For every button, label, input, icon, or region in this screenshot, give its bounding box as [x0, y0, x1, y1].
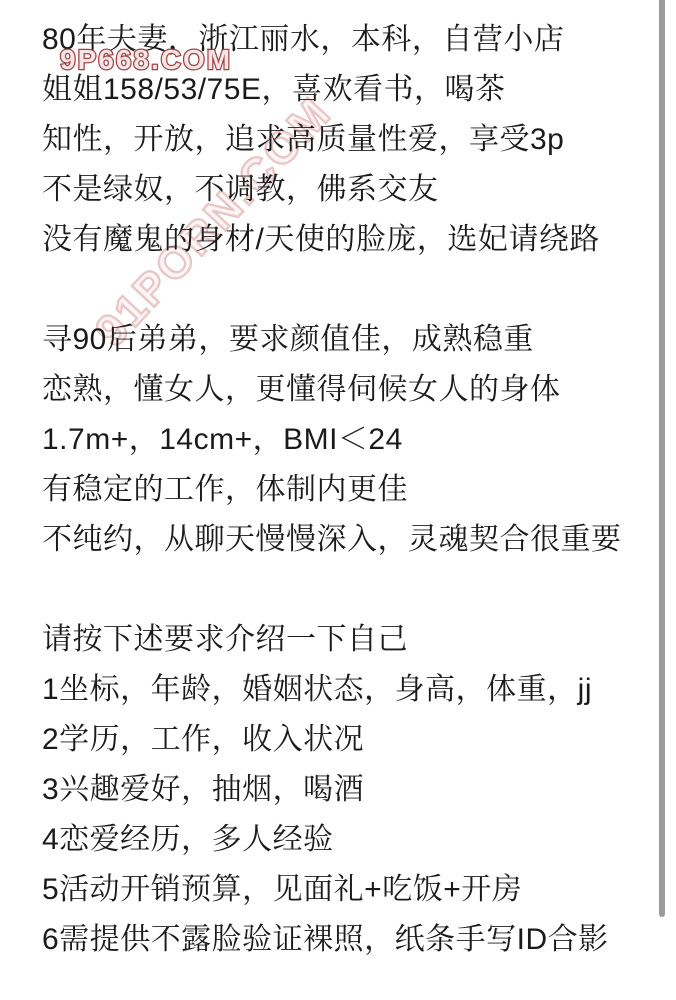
text-line: 1.7m+，14cm+，BMI＜24 — [42, 415, 656, 465]
text-line: 2学历，工作，收入状况 — [42, 715, 656, 765]
text-line: 5活动开销预算，见面礼+吃饭+开房 — [42, 865, 656, 915]
text-line: 6需提供不露脸验证裸照，纸条手写ID合影 — [42, 915, 656, 965]
blank-line — [42, 265, 656, 315]
text-line: 知性，开放，追求高质量性爱，享受3p — [42, 115, 656, 165]
text-line: 寻90后弟弟，要求颜值佳，成熟稳重 — [42, 315, 656, 365]
text-line: 有稳定的工作，体制内更佳 — [42, 465, 656, 515]
text-line: 没有魔鬼的身材/天使的脸庞，选妃请绕路 — [42, 215, 656, 265]
blank-line — [42, 565, 656, 615]
text-line: 1坐标，年龄，婚姻状态，身高，体重，jj — [42, 665, 656, 715]
text-line: 姐姐158/53/75E，喜欢看书，喝茶 — [42, 65, 656, 115]
text-line: 4恋爱经历，多人经验 — [42, 815, 656, 865]
scrollbar-thumb[interactable] — [659, 0, 665, 917]
text-body: 80年夫妻，浙江丽水，本科，自营小店姐姐158/53/75E，喜欢看书，喝茶知性… — [42, 15, 656, 965]
text-line: 不是绿奴，不调教，佛系交友 — [42, 165, 656, 215]
text-line: 不纯约，从聊天慢慢深入，灵魂契合很重要 — [42, 515, 656, 565]
text-line: 80年夫妻，浙江丽水，本科，自营小店 — [42, 15, 656, 65]
page: 91PORN.COM 9P668.COM 80年夫妻，浙江丽水，本科，自营小店姐… — [0, 0, 676, 1000]
text-line: 3兴趣爱好，抽烟，喝酒 — [42, 765, 656, 815]
text-line: 恋熟，懂女人，更懂得伺候女人的身体 — [42, 365, 656, 415]
text-line: 请按下述要求介绍一下自己 — [42, 615, 656, 665]
